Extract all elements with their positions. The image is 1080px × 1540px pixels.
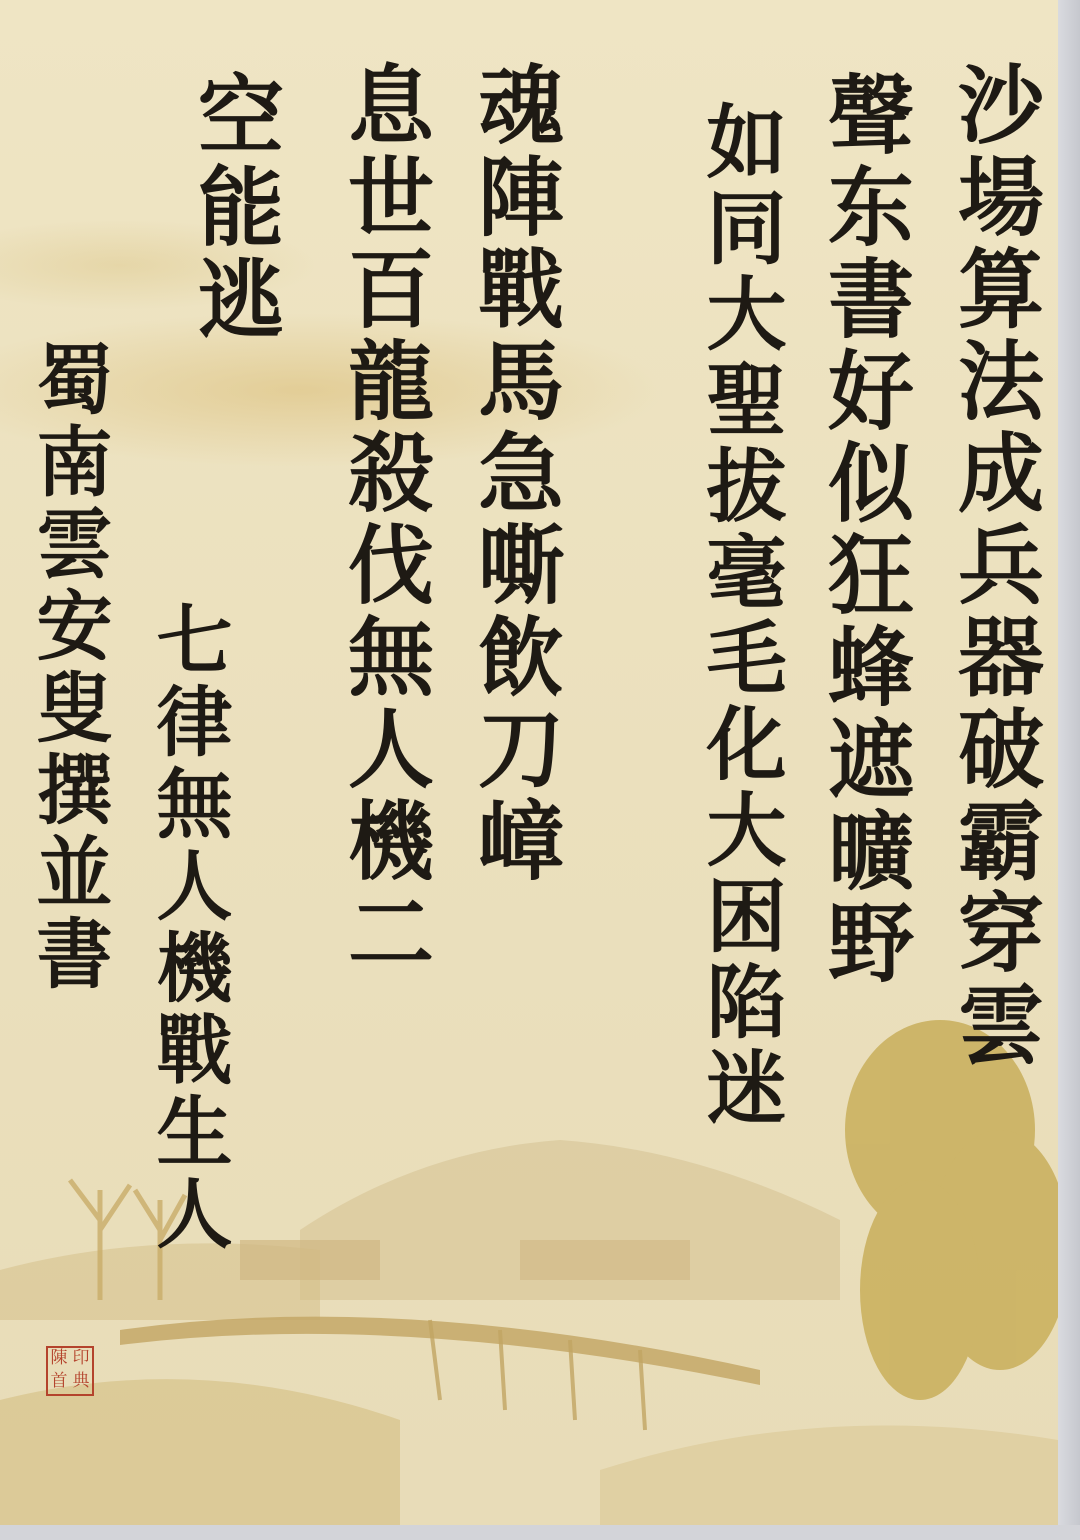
- wall-background-bottom: [0, 1525, 1080, 1540]
- seal-char: 陳: [48, 1348, 70, 1371]
- seal-char: 典: [70, 1371, 92, 1394]
- red-seal-stamp: 陳 印 首 典: [46, 1346, 94, 1396]
- poem-column-4: 魂陣戰馬急嘶飲刀嶂: [470, 60, 556, 888]
- poem-column-5: 息世百龍殺伐無人機二: [340, 60, 426, 980]
- poem-column-6: 空能逃: [190, 70, 276, 346]
- wall-background-right: [1058, 0, 1080, 1540]
- seal-char: 印: [70, 1348, 92, 1371]
- artist-signature: 蜀南雲安叟撰並書: [30, 340, 106, 996]
- inscription-title: 七律無人機戰生人: [150, 600, 226, 1256]
- poem-column-1: 沙場算法成兵器破霸穿雲: [950, 60, 1036, 1072]
- poem-column-2: 聲东書好似狂蜂遮曠野: [820, 70, 906, 990]
- seal-char: 首: [48, 1371, 70, 1394]
- poem-column-3: 如同大聖拔毫毛化大困陷迷: [700, 100, 780, 1132]
